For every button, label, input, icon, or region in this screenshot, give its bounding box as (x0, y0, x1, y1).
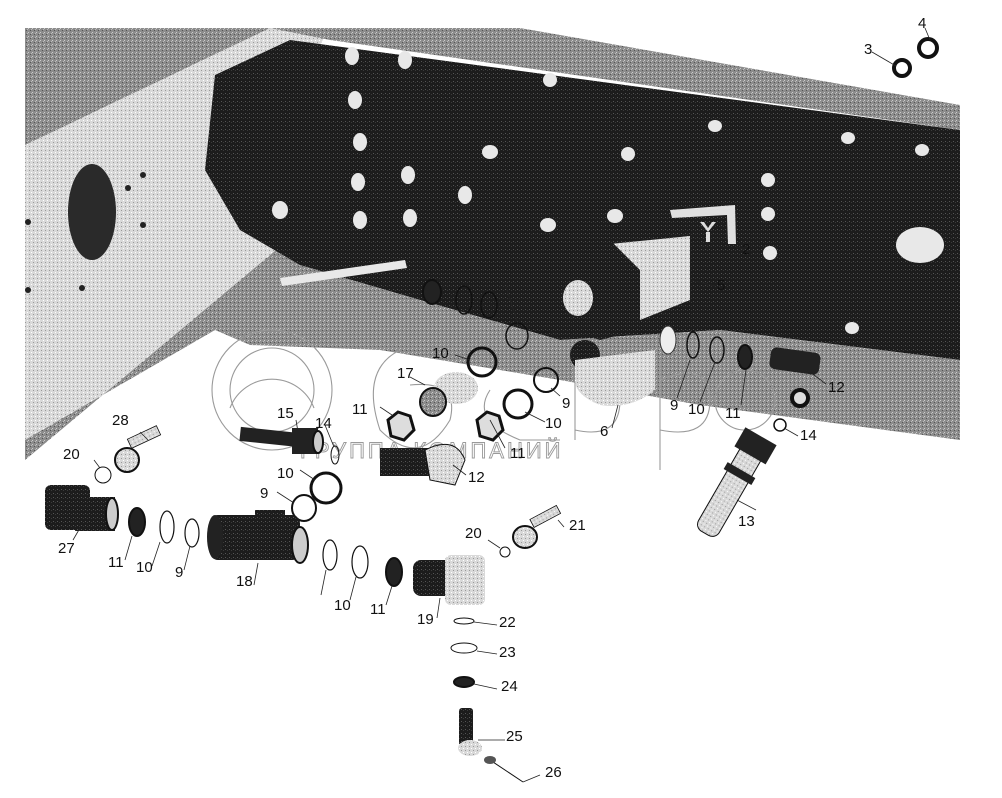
callout-6: 6 (600, 423, 608, 440)
callout-21: 21 (569, 517, 586, 534)
callout-10: 10 (277, 465, 294, 482)
callout-17: 17 (397, 365, 414, 382)
frame-large-hole (68, 164, 116, 260)
callout-5: 5 (717, 277, 725, 294)
part-22-washer (454, 618, 474, 624)
callout-11: 11 (725, 405, 741, 422)
frame-rivet (25, 219, 31, 225)
callout-24: 24 (501, 678, 518, 695)
callout-9: 9 (260, 485, 268, 502)
callout-2: 2 (742, 241, 750, 258)
frame-rivet (25, 287, 31, 293)
callout-11: 11 (510, 445, 526, 462)
part-23-washer (451, 643, 477, 653)
callout-15: 15 (277, 405, 294, 422)
part-25-bolt-head (458, 740, 482, 756)
callout-28: 28 (112, 412, 129, 429)
callout-14: 14 (800, 427, 817, 444)
frame-rivet (140, 222, 146, 228)
part-28-fitting (115, 426, 161, 472)
part-11-nut (477, 412, 503, 440)
part-11-nut (738, 345, 752, 369)
part-20-ring (95, 467, 111, 483)
callout-11: 11 (352, 401, 368, 418)
callout-18: 18 (236, 573, 253, 590)
part-12-elbow (380, 444, 465, 485)
callout-12: 12 (828, 379, 845, 396)
callout-9: 9 (562, 395, 570, 412)
callout-13: 13 (738, 513, 755, 530)
part-26-pin-head (484, 756, 496, 764)
callout-10: 10 (334, 597, 351, 614)
callout-9: 9 (670, 397, 678, 414)
part-11-nut (388, 412, 414, 440)
callout-25: 25 (506, 728, 523, 745)
callout-12: 12 (468, 469, 485, 486)
valve-right-port (660, 326, 676, 354)
part-19-elbow (413, 555, 485, 605)
callout-23: 23 (499, 644, 516, 661)
callout-10: 10 (545, 415, 562, 432)
parts-diagram: ГРУППА КОМПАНИЙ (0, 0, 1002, 798)
callout-10: 10 (432, 345, 449, 362)
frame-rivet (140, 172, 146, 178)
frame-rivet (125, 185, 131, 191)
callout-9: 9 (175, 564, 183, 581)
part-17-fitting (420, 372, 478, 416)
part-13-connector (689, 427, 776, 542)
part-15-bolt-shank (239, 427, 300, 447)
part-9-ring (323, 540, 337, 570)
valve-port (563, 280, 593, 316)
callout-22: 22 (499, 614, 516, 631)
part-3-washer (894, 60, 910, 76)
part-24-nut (454, 677, 474, 687)
part-15-bolt-bore (313, 431, 323, 453)
part-27-tee (45, 485, 118, 531)
callout-19: 19 (417, 611, 434, 628)
part-10-ring (160, 511, 174, 543)
callout-3: 3 (864, 41, 872, 58)
callout-20: 20 (465, 525, 482, 542)
callout-11: 11 (108, 554, 124, 571)
part-20-ring (500, 547, 510, 557)
part-9-ring (185, 519, 199, 547)
callout-10: 10 (688, 401, 705, 418)
vehicle-frame (25, 28, 960, 460)
part-18-body (207, 510, 308, 563)
part-fitting-left (423, 280, 441, 304)
part-11-nut (129, 508, 145, 536)
part-21-fitting (513, 505, 561, 548)
callout-4: 4 (918, 15, 926, 32)
part-11-nut (386, 558, 402, 586)
callout-27: 27 (58, 540, 75, 557)
callout-26: 26 (545, 764, 562, 781)
callout-20: 20 (63, 446, 80, 463)
callout-14: 14 (315, 415, 332, 432)
part-14-ring (774, 419, 786, 431)
callout-11: 11 (370, 601, 386, 618)
part-10-ring (352, 546, 368, 578)
part-10-ring (311, 473, 341, 503)
part-12-fitting-eye (792, 390, 808, 406)
frame-rivet (79, 285, 85, 291)
callout-10: 10 (136, 559, 153, 576)
part-4-nut (919, 39, 937, 57)
